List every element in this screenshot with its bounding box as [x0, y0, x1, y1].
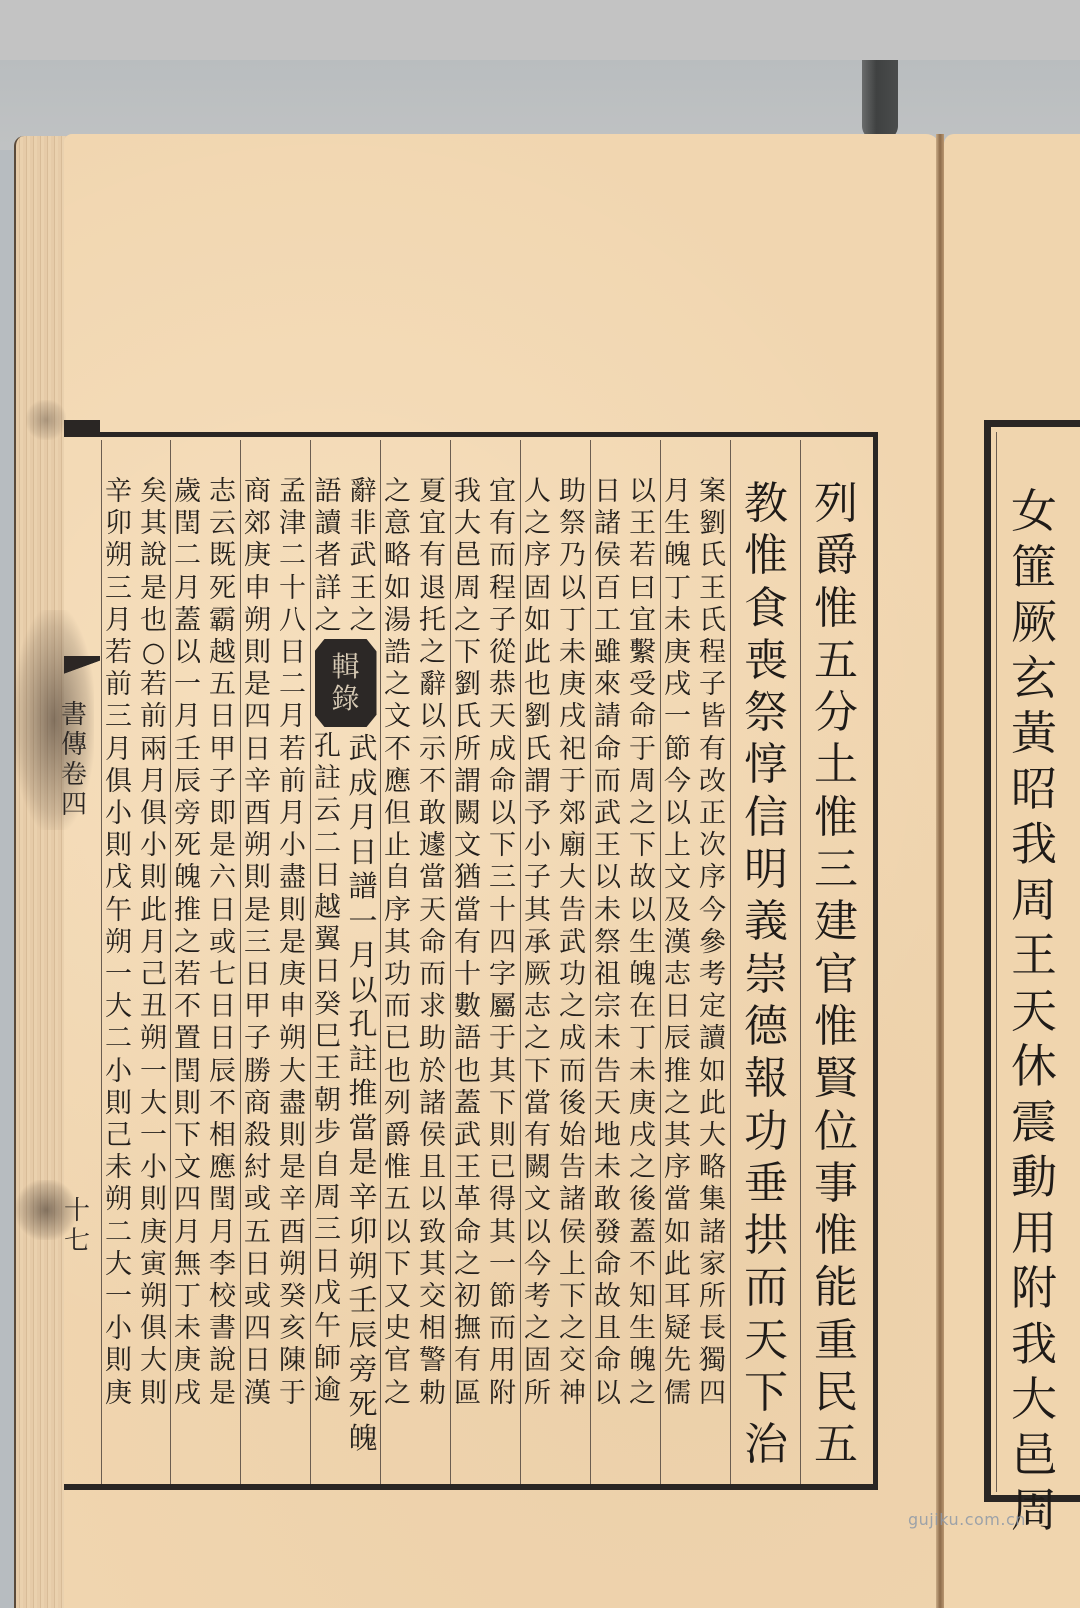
commentary-right-line: 武成月日譜一月以孔註推當是辛卯朔壬辰旁死魄: [346, 731, 380, 1456]
book-gutter: [936, 134, 944, 1608]
commentary-left-line: 我大邑周之下劉氏所謂闕文猶當有十數語也蓋武王革命之初撫有區: [451, 476, 484, 1410]
commentary-right-line: 案劉氏王氏程子皆有改正次序今參考定讀如此大略集諸家所長獨四: [696, 476, 729, 1410]
commentary-left-line: 孔註云二日越翼日癸巳王朝步自周三日戊午師逾: [311, 731, 344, 1456]
jilu-section-badge: 輯錄: [315, 639, 377, 727]
ink-bleed-smudge: [26, 400, 66, 440]
commentary-left-line: 商郊庚申朔則是四日辛酉朔則是三日甲子勝商殺紂或五日或四日漢: [241, 476, 274, 1410]
commentary-left-line: 歲閏二月蓋以一月壬辰旁死魄推之若不置閏則下文四月無丁未庚戌: [171, 476, 204, 1410]
commentary-left-line: 之意略如湯誥之文不應但止自序其功而已也列爵惟五以下又史官之: [381, 476, 414, 1410]
site-watermark: gujiku.com.cn: [908, 1510, 1026, 1529]
main-text-column-1: 列爵惟五分土惟三建官惟賢位事惟能重民五: [804, 478, 868, 1472]
commentary-column-11: 矣其說是也○若前兩月俱小則此月己丑朔一大一小則庚寅朔俱大則 辛卯朔三月若前三月俱…: [102, 476, 170, 1410]
commentary-left-line: 辛卯朔三月若前三月俱小則戊午朔一大二小則己未朔二大一小則庚: [102, 476, 135, 1410]
commentary-column-8: 辭非武王之 語讀者詳之 輯錄 武成月日譜一月以孔註推當是辛卯朔壬辰旁死魄 孔註云…: [311, 476, 380, 1456]
commentary-column-3: 案劉氏王氏程子皆有改正次序今參考定讀如此大略集諸家所長獨四 月生魄丁未庚戌一節今…: [661, 476, 729, 1410]
commentary-column-10: 志云既死霸越五日甲子即是六日或七日日辰不相應閏月李校書說是 歲閏二月蓋以一月壬辰…: [171, 476, 239, 1410]
column-rule: [800, 440, 801, 1484]
scanner-background: [0, 0, 1080, 60]
commentary-right-line: 矣其說是也○若前兩月俱小則此月己丑朔一大一小則庚寅朔俱大則: [137, 476, 170, 1410]
commentary-left-line: 日諸侯百工雖來請命而武王以未祭祖宗未告天地未敢發命故且命以: [591, 476, 624, 1410]
commentary-column-7: 夏宜有退托之辭以示不敢遽當天命而求助於諸侯且以致其交相警勅 之意略如湯誥之文不應…: [381, 476, 449, 1410]
commentary-column-9: 孟津二十八日二月若前月小盡則是庚申朔大盡則是辛酉朔癸亥陳于 商郊庚申朔則是四日辛…: [241, 476, 309, 1410]
column-rule: [996, 432, 997, 1492]
commentary-right-line: 宜有而程子從恭天成命以下三十四字屬于其下則已得其一節而用附: [486, 476, 519, 1410]
commentary-column-4: 以王若曰宜繫受命于周之下故以生魄在丁未庚戌之後蓋不知生魄之 日諸侯百工雖來請命而…: [591, 476, 659, 1410]
commentary-right-line: 夏宜有退托之辭以示不敢遽當天命而求助於諸侯且以致其交相警勅: [416, 476, 449, 1410]
commentary-right-line: 以王若曰宜繫受命于周之下故以生魄在丁未庚戌之後蓋不知生魄之: [626, 476, 659, 1410]
commentary-right-line: 志云既死霸越五日甲子即是六日或七日日辰不相應閏月李校書說是: [206, 476, 239, 1410]
commentary-left-line: 月生魄丁未庚戌一節今以上文及漢志日辰推之其序當如此耳疑先儒: [661, 476, 694, 1410]
commentary-column-6: 宜有而程子從恭天成命以下三十四字屬于其下則已得其一節而用附 我大邑周之下劉氏所謂…: [451, 476, 519, 1410]
commentary-left-line: 語讀者詳之: [312, 476, 345, 637]
book-clip: [862, 60, 898, 140]
commentary-left-line: 人之序固如此也劉氏謂予小子其承厥志之下當有闕文以今考之固所: [521, 476, 554, 1410]
column-rule: [730, 440, 731, 1484]
commentary-right-line: 孟津二十八日二月若前月小盡則是庚申朔大盡則是辛酉朔癸亥陳于: [276, 476, 309, 1410]
upper-fishtail-mark: [64, 420, 100, 432]
commentary-right-line: 助祭乃以丁未庚戌祀于郊廟大告武功之成而後始告諸侯上下之交神: [556, 476, 589, 1410]
commentary-right-line: 辭非武王之: [347, 476, 380, 637]
main-text-column-2: 教惟食喪祭惇信明義崇德報功垂拱而天下治: [734, 478, 798, 1472]
right-page-main-column: 女篚厥玄黃昭我周王天休震動用附我大邑周: [1002, 484, 1066, 1539]
commentary-column-5: 助祭乃以丁未庚戌祀于郊廟大告武功之成而後始告諸侯上下之交神 人之序固如此也劉氏謂…: [521, 476, 589, 1410]
